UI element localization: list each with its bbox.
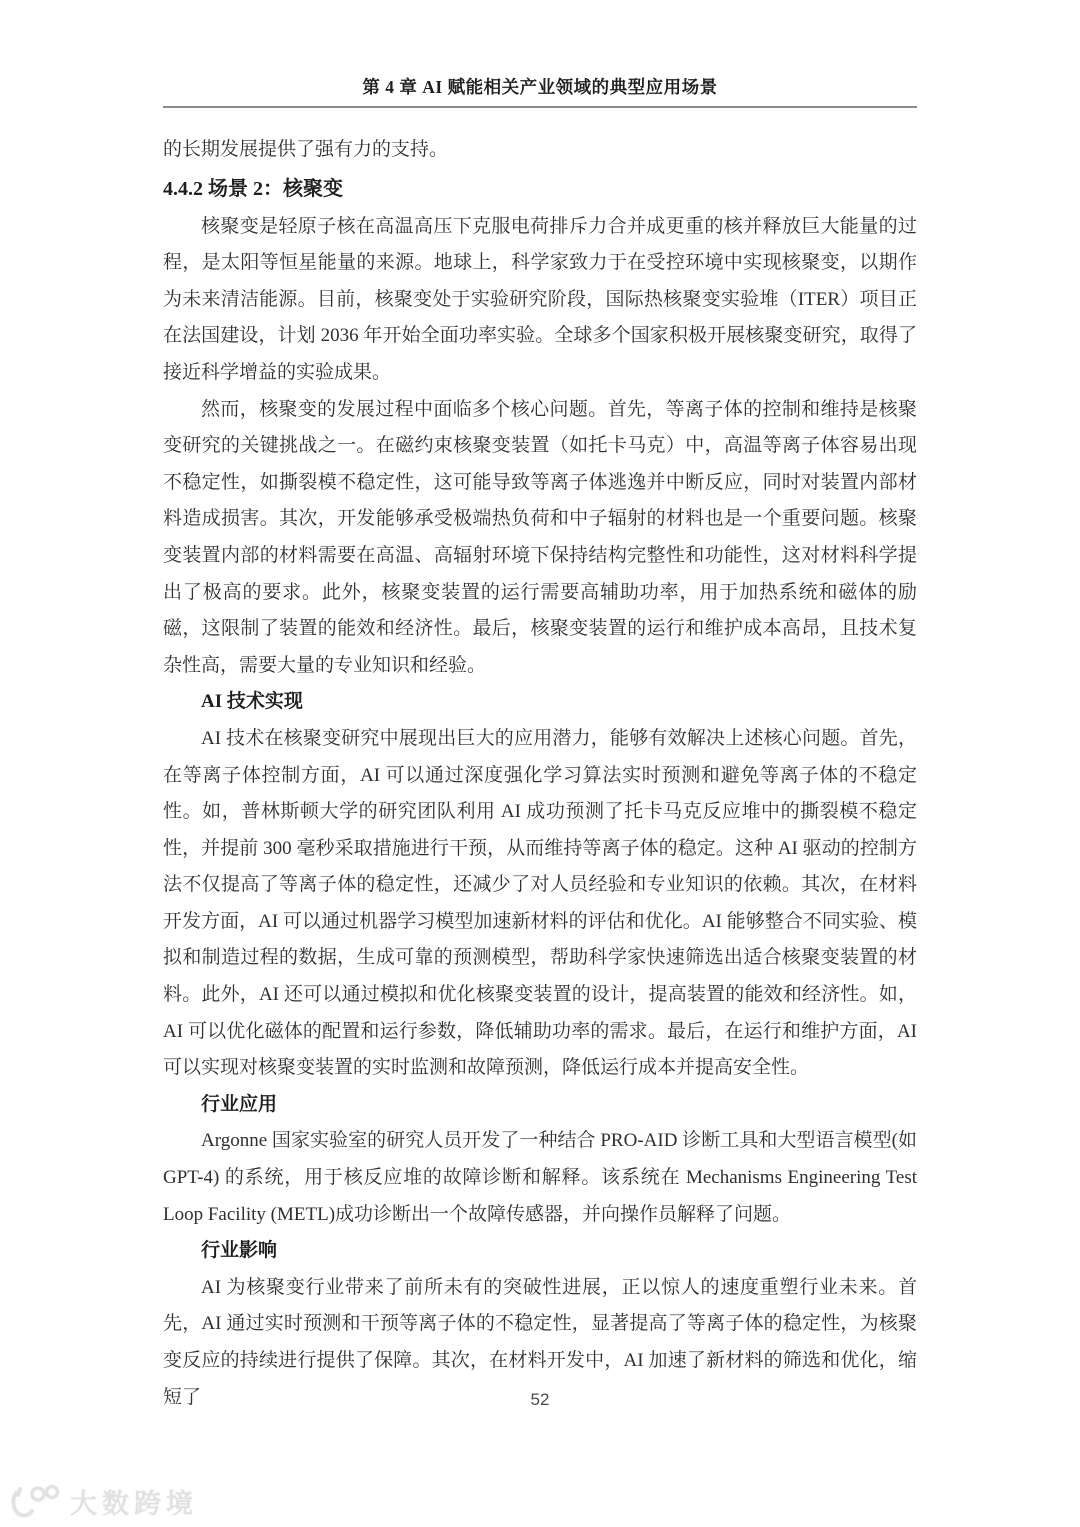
paragraph-core-problems: 然而，核聚变的发展过程中面临多个核心问题。首先，等离子体的控制和维持是核聚变研究… [163, 392, 917, 685]
document-page: 第 4 章 AI 赋能相关产业领域的典型应用场景 的长期发展提供了强有力的支持。… [0, 0, 1080, 1527]
paragraph-industry-application: Argonne 国家实验室的研究人员开发了一种结合 PRO-AID 诊断工具和大… [163, 1123, 917, 1233]
watermark: 大数跨境 [8, 1481, 198, 1521]
chapter-title: 第 4 章 AI 赋能相关产业领域的典型应用场景 [163, 74, 917, 99]
paragraph-fusion-intro: 核聚变是轻原子核在高温高压下克服电荷排斥力合并成更重的核并释放巨大能量的过程，是… [163, 209, 917, 392]
header-rule [163, 106, 917, 108]
page-content: 的长期发展提供了强有力的支持。 4.4.2 场景 2：核聚变 核聚变是轻原子核在… [163, 132, 917, 1416]
sub-heading-ai-implementation: AI 技术实现 [163, 684, 917, 721]
paragraph-continuation: 的长期发展提供了强有力的支持。 [163, 132, 917, 169]
dashukuajing-logo-icon [8, 1481, 64, 1521]
paragraph-ai-implementation: AI 技术在核聚变研究中展现出巨大的应用潜力，能够有效解决上述核心问题。首先，在… [163, 721, 917, 1087]
sub-heading-industry-impact: 行业影响 [163, 1233, 917, 1270]
page-number: 52 [163, 1390, 917, 1410]
page-header: 第 4 章 AI 赋能相关产业领域的典型应用场景 [163, 0, 917, 108]
sub-heading-industry-application: 行业应用 [163, 1087, 917, 1124]
section-heading-4-4-2: 4.4.2 场景 2：核聚变 [163, 169, 917, 209]
watermark-brand-text: 大数跨境 [70, 1482, 198, 1521]
